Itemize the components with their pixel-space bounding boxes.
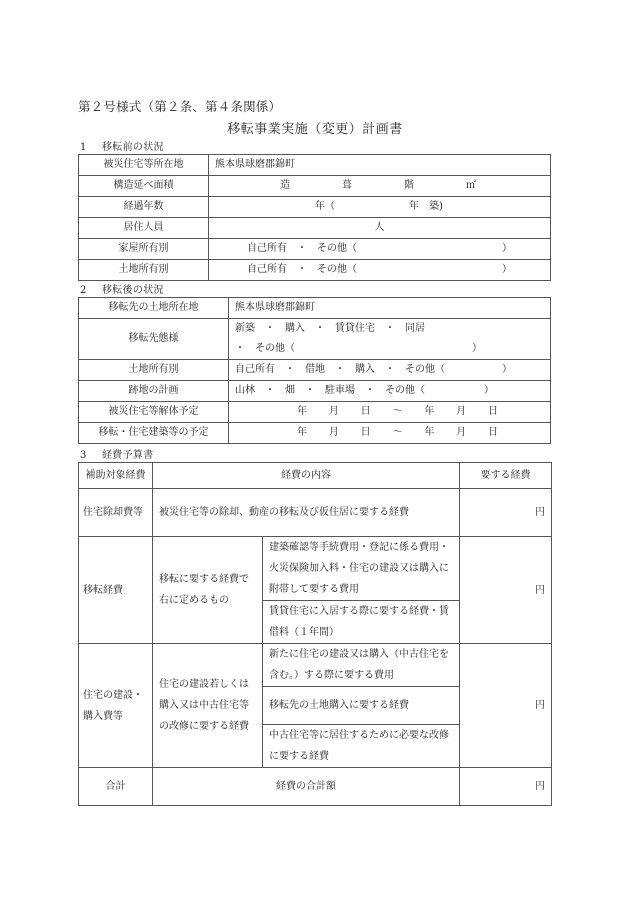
elapsed-years-field[interactable]: 年（年 築) <box>209 197 551 218</box>
description-construction: 住宅の建設若しくは購入又は中古住宅等の改修に要する経費 <box>153 644 263 768</box>
category-relocation: 移転経費 <box>79 537 153 644</box>
demolition-schedule-field[interactable]: 年 月 日 ～ 年 月 日 <box>229 402 551 423</box>
label-structure-area: 構造延べ面積 <box>79 176 209 197</box>
pre-relocation-table: 被災住宅等所在地 熊本県球磨郡錦町 構造延べ面積 造 葺 階 ㎡ 経過年数 年（… <box>78 154 551 281</box>
table-row: 合計 経費の合計額 円 <box>79 768 552 806</box>
amount-relocation-field[interactable]: 円 <box>460 537 552 644</box>
section2-heading: 2移転後の状況 <box>80 281 164 296</box>
label-site-plan: 跡地の計画 <box>79 381 229 402</box>
description-relocation: 移転に要する経費で右に定めるもの <box>153 537 263 644</box>
content-total: 経費の合計額 <box>153 768 460 806</box>
table-row: 土地所有別 自己所有 ・ 借地 ・ 購入 ・ その他（ ） <box>79 360 551 381</box>
table-row: 住宅除却費等 被災住宅等の除却、動産の移転及び仮住居に要する経費 円 <box>79 489 552 537</box>
destination-type-field[interactable]: 新築 ・ 購入 ・ 賃貸住宅 ・ 同居 ・ その他（ ） <box>229 319 551 360</box>
table-row: 跡地の計画 山林 ・ 畑 ・ 駐車場 ・ その他（ ） <box>79 381 551 402</box>
table-row: 移転先態様 新築 ・ 購入 ・ 賃貸住宅 ・ 同居 ・ その他（ ） <box>79 319 551 360</box>
label-house-ownership: 家屋所有別 <box>79 239 209 260</box>
item-relocation-rental: 賃貸住宅に入居する際に要する経費・賃借料（１年間） <box>263 601 460 644</box>
content-demolition: 被災住宅等の除却、動産の移転及び仮住居に要する経費 <box>153 489 460 537</box>
table-row: 居住人員 人 <box>79 218 551 239</box>
table-row: 構造延べ面積 造 葺 階 ㎡ <box>79 176 551 197</box>
label-land-ownership: 土地所有別 <box>79 260 209 281</box>
header-amount: 要する経費 <box>460 463 552 489</box>
table-row: 土地所有別 自己所有 ・ その他（ ） <box>79 260 551 281</box>
structure-area-field[interactable]: 造 葺 階 ㎡ <box>209 176 551 197</box>
document-title: 移転事業実施（変更）計画書 <box>0 118 630 137</box>
residents-field[interactable]: 人 <box>209 218 551 239</box>
table-row: 移転先の土地所在地 熊本県球磨郡錦町 <box>79 298 551 319</box>
amount-demolition-field[interactable]: 円 <box>460 489 552 537</box>
land-ownership-field[interactable]: 自己所有 ・ その他（ ） <box>209 260 551 281</box>
amount-construction-field[interactable]: 円 <box>460 644 552 768</box>
label-elapsed-years: 経過年数 <box>79 197 209 218</box>
label-demolition-schedule: 被災住宅等解体予定 <box>79 402 229 423</box>
disaster-address-field[interactable]: 熊本県球磨郡錦町 <box>209 155 551 176</box>
destination-address-field[interactable]: 熊本県球磨郡錦町 <box>229 298 551 319</box>
table-row: 被災住宅等所在地 熊本県球磨郡錦町 <box>79 155 551 176</box>
label-destination-address: 移転先の土地所在地 <box>79 298 229 319</box>
table-row: 移転経費 移転に要する経費で右に定めるもの 建築確認等手続費用・登記に係る費用・… <box>79 537 552 601</box>
budget-table: 補助対象経費 経費の内容 要する経費 住宅除却費等 被災住宅等の除却、動産の移転… <box>78 462 552 806</box>
label-disaster-address: 被災住宅等所在地 <box>79 155 209 176</box>
form-number: 第２号様式（第２条、第４条関係） <box>78 97 281 115</box>
post-relocation-table: 移転先の土地所在地 熊本県球磨郡錦町 移転先態様 新築 ・ 購入 ・ 賃貸住宅 … <box>78 297 551 444</box>
header-category: 補助対象経費 <box>79 463 153 489</box>
construction-schedule-field[interactable]: 年 月 日 ～ 年 月 日 <box>229 423 551 444</box>
house-ownership-field[interactable]: 自己所有 ・ その他（ ） <box>209 239 551 260</box>
table-row: 経過年数 年（年 築) <box>79 197 551 218</box>
amount-total-field[interactable]: 円 <box>460 768 552 806</box>
item-relocation-procedure: 建築確認等手続費用・登記に係る費用・火災保険加入料・住宅の建設又は購入に附帯して… <box>263 537 460 601</box>
table-row: 被災住宅等解体予定 年 月 日 ～ 年 月 日 <box>79 402 551 423</box>
section1-heading: 1移転前の状況 <box>80 138 164 153</box>
header-content: 経費の内容 <box>153 463 460 489</box>
item-construction-land: 移転先の土地購入に要する経費 <box>263 687 460 725</box>
table-header-row: 補助対象経費 経費の内容 要する経費 <box>79 463 552 489</box>
category-total: 合計 <box>79 768 153 806</box>
item-construction-new: 新たに住宅の建設又は購入（中古住宅を含む。）する際に要する費用 <box>263 644 460 687</box>
label-residents: 居住人員 <box>79 218 209 239</box>
section3-heading: 3経費予算書 <box>80 446 154 461</box>
category-construction: 住宅の建設・購入費等 <box>79 644 153 768</box>
category-demolition: 住宅除却費等 <box>79 489 153 537</box>
land-ownership-after-field[interactable]: 自己所有 ・ 借地 ・ 購入 ・ その他（ ） <box>229 360 551 381</box>
item-construction-renovation: 中古住宅等に居住するために必要な改修に要する経費 <box>263 725 460 768</box>
table-row: 家屋所有別 自己所有 ・ その他（ ） <box>79 239 551 260</box>
label-destination-type: 移転先態様 <box>79 319 229 360</box>
site-plan-field[interactable]: 山林 ・ 畑 ・ 駐車場 ・ その他（ ） <box>229 381 551 402</box>
table-row: 移転・住宅建築等の予定 年 月 日 ～ 年 月 日 <box>79 423 551 444</box>
label-land-ownership-after: 土地所有別 <box>79 360 229 381</box>
label-construction-schedule: 移転・住宅建築等の予定 <box>79 423 229 444</box>
table-row: 住宅の建設・購入費等 住宅の建設若しくは購入又は中古住宅等の改修に要する経費 新… <box>79 644 552 687</box>
